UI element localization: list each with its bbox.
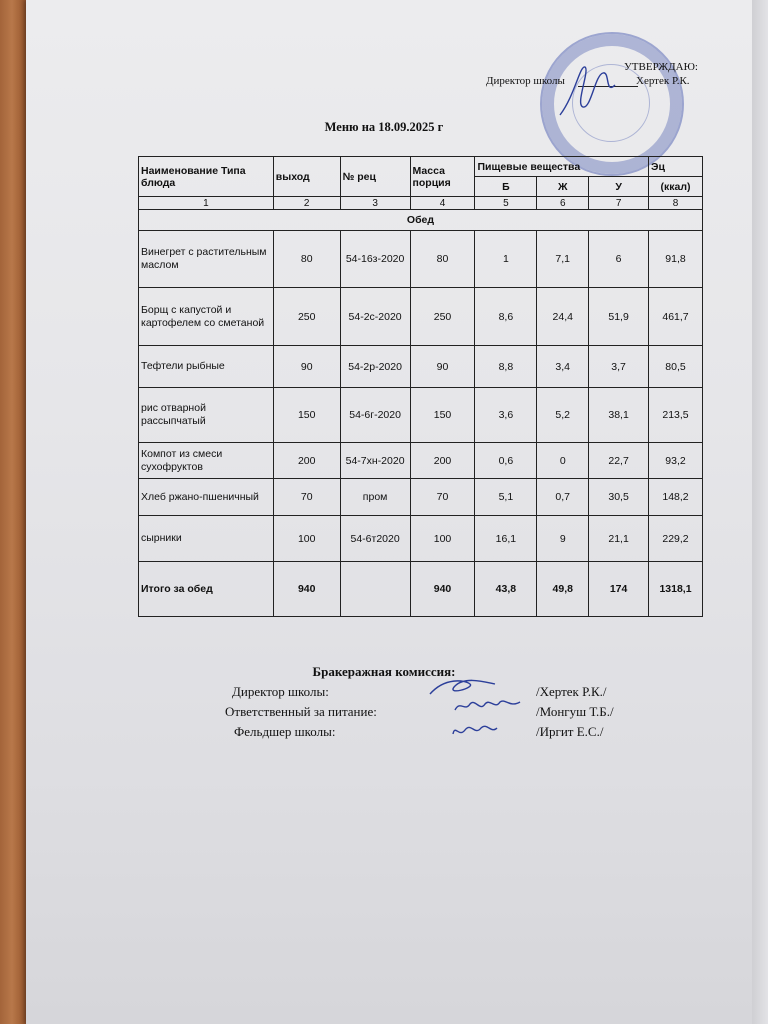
menu-table: Наименование Типа блюда выход № рец Масс… — [138, 156, 703, 617]
index-cell: 1 — [139, 197, 274, 210]
director-label: Директор школы — [486, 75, 565, 88]
cell-carbs: 38,1 — [589, 388, 649, 443]
header-protein: Б — [475, 177, 537, 197]
header-mass: Масса порция — [410, 157, 475, 197]
table-row: Хлеб ржано-пшеничный70пром705,10,730,514… — [139, 479, 703, 516]
table-row: сырники10054-6т202010016,1921,1229,2 — [139, 516, 703, 562]
cell-energy: 93,2 — [649, 443, 703, 479]
header-output: выход — [273, 157, 340, 197]
cell-recipe: 54-7хн-2020 — [340, 443, 410, 479]
cell-energy: 461,7 — [649, 288, 703, 346]
cell-mass: 250 — [410, 288, 475, 346]
cell-carbs: 6 — [589, 231, 649, 288]
cell-output: 200 — [273, 443, 340, 479]
cell-output: 150 — [273, 388, 340, 443]
header-carbs: У — [589, 177, 649, 197]
cell-energy: 213,5 — [649, 388, 703, 443]
cell-output: 70 — [273, 479, 340, 516]
cell-name: сырники — [139, 516, 274, 562]
total-recipe — [340, 562, 410, 617]
index-cell: 4 — [410, 197, 475, 210]
cell-name: рис отварной рассыпчатый — [139, 388, 274, 443]
cell-output: 100 — [273, 516, 340, 562]
cell-name: Борщ с капустой и картофелем со сметаной — [139, 288, 274, 346]
cell-fat: 9 — [537, 516, 589, 562]
header-energy: Эц — [649, 157, 703, 177]
index-cell: 2 — [273, 197, 340, 210]
commission-role: Директор школы: — [232, 684, 329, 700]
commission-name: /Иргит Е.С./ — [536, 724, 603, 740]
index-cell: 7 — [589, 197, 649, 210]
director-signature — [555, 55, 625, 125]
page-edge — [752, 0, 768, 1024]
cell-protein: 0,6 — [475, 443, 537, 479]
cell-output: 90 — [273, 346, 340, 388]
cell-recipe: 54-16з-2020 — [340, 231, 410, 288]
cell-protein: 1 — [475, 231, 537, 288]
cell-name: Винегрет с растительным маслом — [139, 231, 274, 288]
cell-fat: 7,1 — [537, 231, 589, 288]
commission-role: Фельдшер школы: — [234, 724, 335, 740]
table-row: Винегрет с растительным маслом8054-16з-2… — [139, 231, 703, 288]
cell-fat: 5,2 — [537, 388, 589, 443]
index-row: 1 2 3 4 5 6 7 8 — [139, 197, 703, 210]
cell-protein: 3,6 — [475, 388, 537, 443]
total-energy: 1318,1 — [649, 562, 703, 617]
header-nutrients: Пищевые вещества — [475, 157, 649, 177]
table-row: Борщ с капустой и картофелем со сметаной… — [139, 288, 703, 346]
header-kcal: (ккал) — [649, 177, 703, 197]
index-cell: 8 — [649, 197, 703, 210]
cell-mass: 100 — [410, 516, 475, 562]
cell-carbs: 3,7 — [589, 346, 649, 388]
table-row: Компот из смеси сухофруктов20054-7хн-202… — [139, 443, 703, 479]
commission-name: /Монгуш Т.Б./ — [536, 704, 614, 720]
commission-role: Ответственный за питание: — [225, 704, 377, 720]
index-cell: 5 — [475, 197, 537, 210]
cell-recipe: 54-6т2020 — [340, 516, 410, 562]
commission-name: /Хертек Р.К./ — [536, 684, 607, 700]
director-name: Хертек Р.К. — [636, 75, 690, 88]
cell-fat: 0,7 — [537, 479, 589, 516]
cell-carbs: 51,9 — [589, 288, 649, 346]
cell-energy: 229,2 — [649, 516, 703, 562]
index-cell: 6 — [537, 197, 589, 210]
table-row: Тефтели рыбные9054-2р-2020908,83,43,780,… — [139, 346, 703, 388]
cell-protein: 8,6 — [475, 288, 537, 346]
cell-recipe: пром — [340, 479, 410, 516]
cell-fat: 24,4 — [537, 288, 589, 346]
section-lunch: Обед — [139, 210, 703, 231]
cell-recipe: 54-6г-2020 — [340, 388, 410, 443]
cell-energy: 91,8 — [649, 231, 703, 288]
approve-label: УТВЕРЖДАЮ: — [624, 61, 698, 74]
cell-name: Тефтели рыбные — [139, 346, 274, 388]
cell-recipe: 54-2р-2020 — [340, 346, 410, 388]
commission-title: Бракеражная комиссия: — [0, 664, 768, 680]
cell-protein: 16,1 — [475, 516, 537, 562]
cell-carbs: 30,5 — [589, 479, 649, 516]
cell-protein: 5,1 — [475, 479, 537, 516]
cell-name: Хлеб ржано-пшеничный — [139, 479, 274, 516]
total-mass: 940 — [410, 562, 475, 617]
cell-output: 250 — [273, 288, 340, 346]
cell-protein: 8,8 — [475, 346, 537, 388]
cell-fat: 3,4 — [537, 346, 589, 388]
total-output: 940 — [273, 562, 340, 617]
cell-carbs: 21,1 — [589, 516, 649, 562]
table-row: рис отварной рассыпчатый15054-6г-2020150… — [139, 388, 703, 443]
header-name: Наименование Типа блюда — [139, 157, 274, 197]
cell-fat: 0 — [537, 443, 589, 479]
header-recipe: № рец — [340, 157, 410, 197]
commission-signatures — [425, 672, 535, 752]
menu-title: Меню на 18.09.2025 г — [0, 120, 768, 135]
index-cell: 3 — [340, 197, 410, 210]
cell-name: Компот из смеси сухофруктов — [139, 443, 274, 479]
cell-mass: 80 — [410, 231, 475, 288]
cell-energy: 80,5 — [649, 346, 703, 388]
cell-carbs: 22,7 — [589, 443, 649, 479]
cell-output: 80 — [273, 231, 340, 288]
total-fat: 49,8 — [537, 562, 589, 617]
cell-mass: 200 — [410, 443, 475, 479]
total-name: Итого за обед — [139, 562, 274, 617]
total-protein: 43,8 — [475, 562, 537, 617]
cell-mass: 70 — [410, 479, 475, 516]
cell-mass: 150 — [410, 388, 475, 443]
cell-energy: 148,2 — [649, 479, 703, 516]
total-carbs: 174 — [589, 562, 649, 617]
cell-mass: 90 — [410, 346, 475, 388]
header-fat: Ж — [537, 177, 589, 197]
total-row: Итого за обед 940 940 43,8 49,8 174 1318… — [139, 562, 703, 617]
cell-recipe: 54-2с-2020 — [340, 288, 410, 346]
